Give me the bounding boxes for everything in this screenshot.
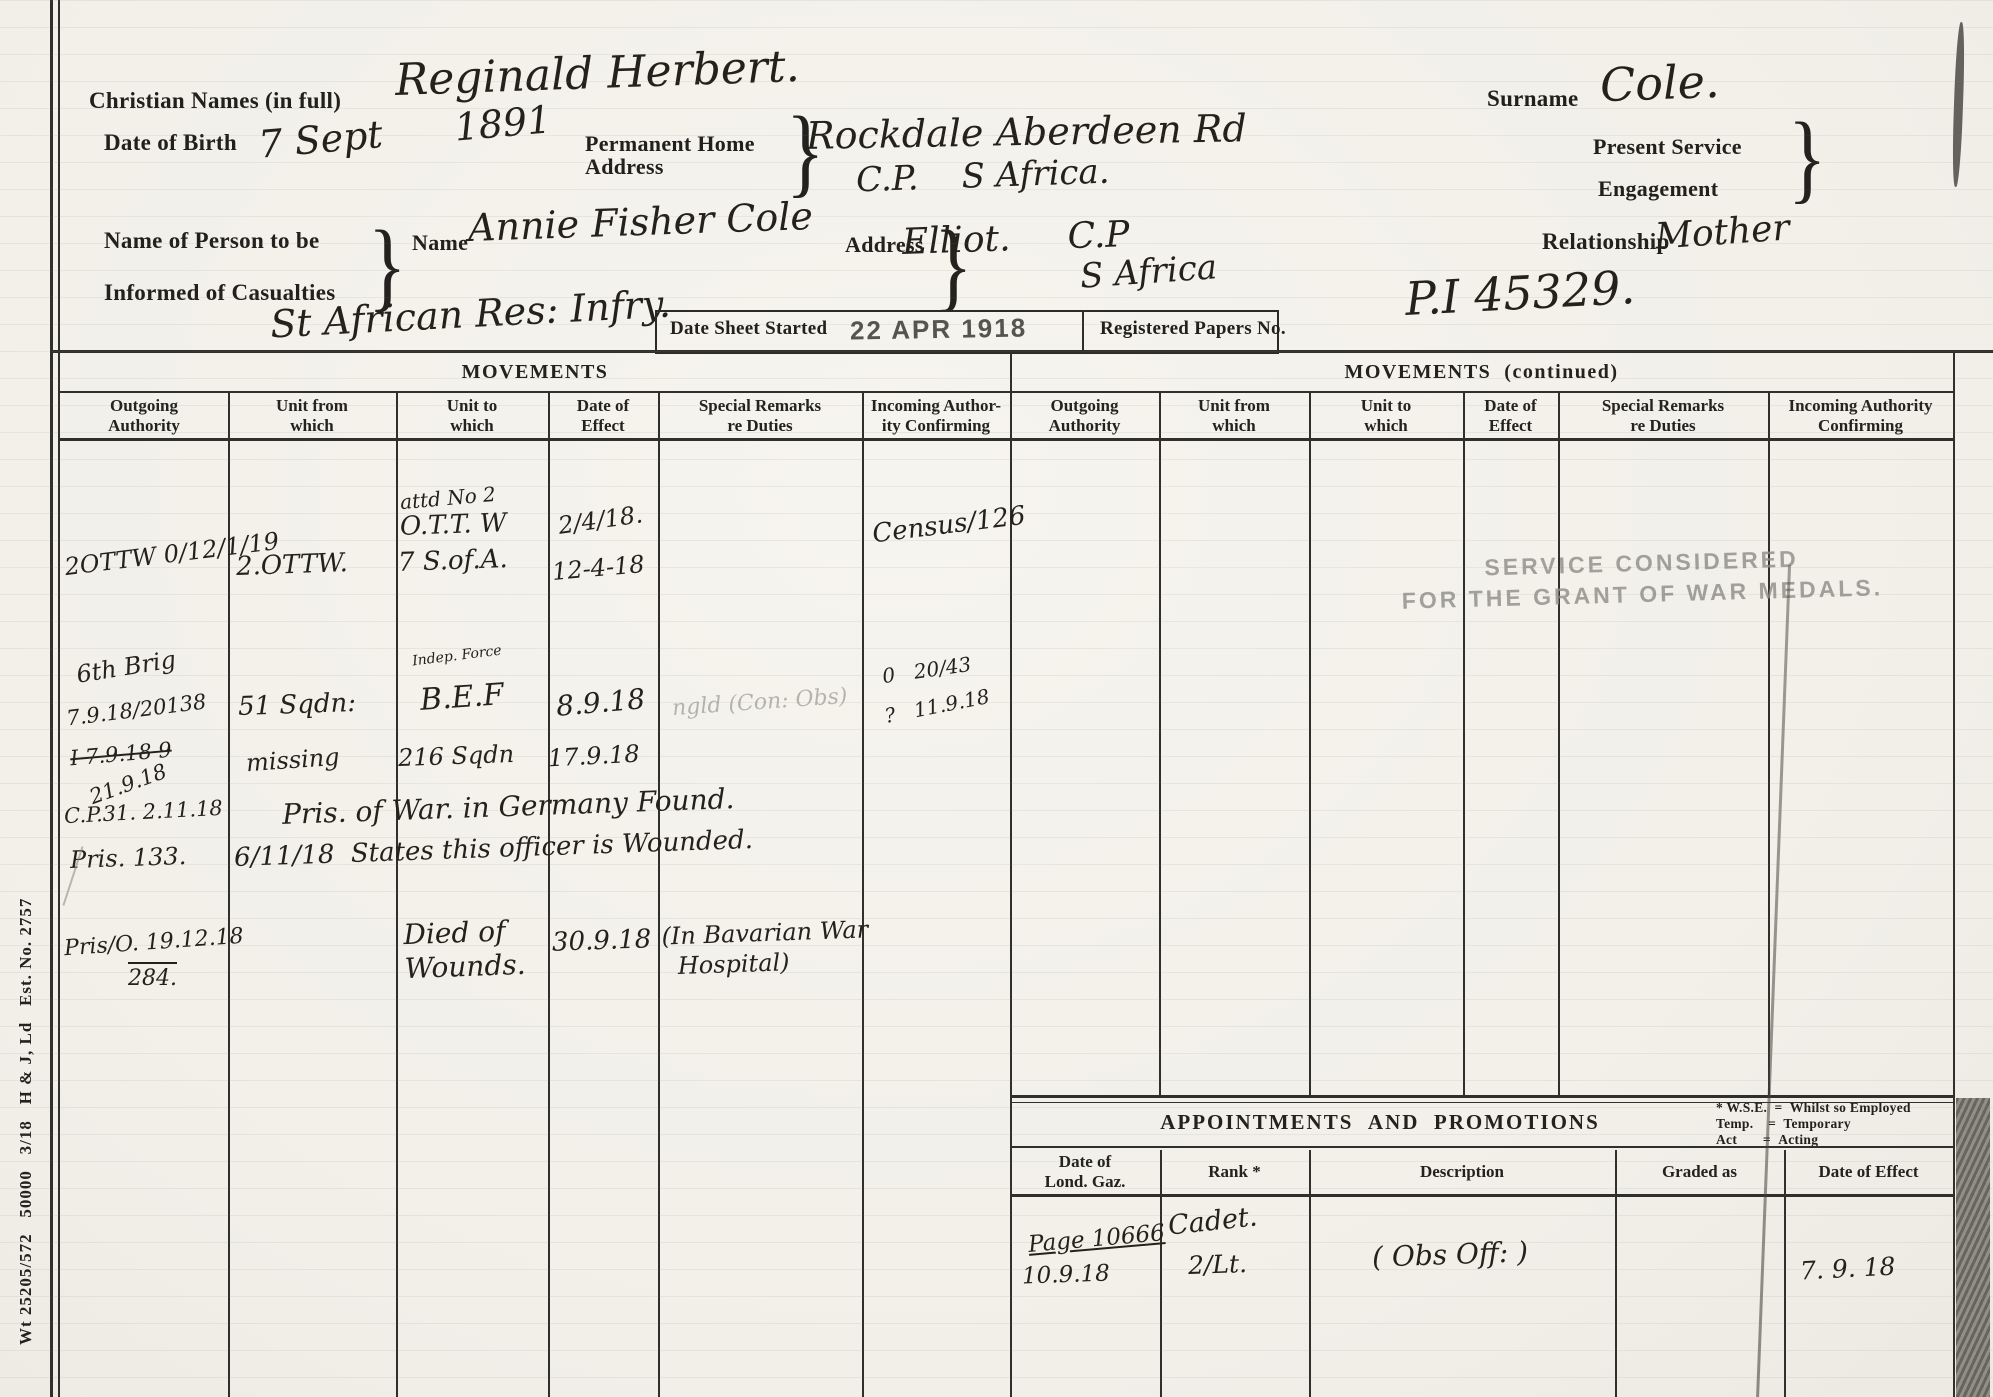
printers-margin-note: Wt 25205/572 50000 3/18 H & J, Ld Est. N… xyxy=(16,898,36,1345)
movements-title: MOVEMENTS xyxy=(60,361,1010,384)
col-header-special-remarks: Special Remarks re Duties xyxy=(658,396,862,436)
movement-entry: Pris/O. 19.12.18 xyxy=(63,924,244,961)
movement-entry: (In Bavarian War Hospital) xyxy=(661,914,870,981)
permanent-home-label-line2: Address xyxy=(585,154,664,180)
appointment-entry: Page 10666 xyxy=(1027,1220,1166,1258)
page-edge-shadow xyxy=(1956,1098,1990,1397)
col-header-special-remarks: Special Remarks re Duties xyxy=(1558,396,1768,436)
grid-line xyxy=(396,393,398,1397)
movement-note: Pris. of War. in Germany Found. xyxy=(282,782,735,831)
grid-line xyxy=(50,350,1993,353)
movement-entry: ? 11.9.18 xyxy=(883,684,992,728)
movement-entry: 30.9.18 xyxy=(552,924,652,957)
movement-entry: 17.9.18 xyxy=(547,740,640,773)
col-header-date-of-effect: Date of Effect xyxy=(548,396,658,436)
col-header-date-of-effect: Date of Effect xyxy=(1784,1162,1953,1182)
movement-entry: Indep. Force xyxy=(411,643,502,670)
col-header-outgoing-authority: Outgoing Authority xyxy=(60,396,228,436)
grid-line xyxy=(1159,393,1161,1098)
col-header-unit-from: Unit from which xyxy=(228,396,396,436)
casualties-label-line1: Name of Person to be xyxy=(104,228,320,254)
grid-line xyxy=(1010,1194,1955,1197)
col-header-unit-to: Unit to which xyxy=(1309,396,1463,436)
movement-entry: 2/4/18. xyxy=(556,500,644,540)
grid-line xyxy=(1463,393,1465,1098)
movement-entry: 8.9.18 xyxy=(555,682,647,723)
grid-line xyxy=(1615,1150,1617,1397)
movement-note: 6/11/18 States this officer is Wounded. xyxy=(234,825,754,873)
sheet-left-border-inner xyxy=(58,0,60,1397)
engagement-label: Engagement xyxy=(1598,176,1718,202)
grid-line xyxy=(1309,393,1311,1098)
nok-address-value-line2: S Africa xyxy=(1079,247,1219,296)
appointment-entry: 2/Lt. xyxy=(1188,1249,1248,1280)
grid-line xyxy=(1010,1095,1955,1098)
col-header-incoming-authority: Incoming Authority Confirming xyxy=(1768,396,1953,436)
movement-entry: 216 Sqdn xyxy=(398,740,515,772)
col-header-unit-to: Unit to which xyxy=(396,396,548,436)
col-header-description: Description xyxy=(1309,1162,1615,1182)
col-header-outgoing-authority: Outgoing Authority xyxy=(1010,396,1159,436)
date-of-birth-label: Date of Birth xyxy=(104,130,237,156)
movement-entry: Pris. 133. xyxy=(70,842,187,874)
christian-names-value: Reginald Herbert. xyxy=(394,41,800,106)
pi-number: P.I 45329. xyxy=(1404,260,1637,326)
present-service-brace: } xyxy=(1788,108,1826,208)
grid-line xyxy=(1558,393,1560,1098)
present-service-label: Present Service xyxy=(1593,134,1742,160)
grid-line xyxy=(862,393,864,1397)
date-sheet-started-stamp: 22 APR 1918 xyxy=(850,312,1028,346)
movement-entry: 7.9.18/20138 xyxy=(65,690,208,731)
appointments-legend: * W.S.E. = Whilst so Employed Temp. = Te… xyxy=(1716,1100,1911,1148)
grid-line xyxy=(1953,352,1955,1397)
movement-entry: 7 S.of.A. xyxy=(398,544,509,578)
appointment-entry: Cadet. xyxy=(1167,1201,1259,1241)
col-header-rank: Rank * xyxy=(1160,1162,1309,1182)
surname-label: Surname xyxy=(1487,86,1579,112)
grid-line xyxy=(1784,1150,1786,1397)
appointments-title: APPOINTMENTS AND PROMOTIONS xyxy=(1040,1110,1720,1135)
col-header-incoming-authority: Incoming Author- ity Confirming xyxy=(862,396,1010,436)
movement-entry: B.E.F xyxy=(419,677,505,718)
permanent-home-value-line1: Rockdale Aberdeen Rd xyxy=(806,106,1247,158)
movement-entry: 51 Sqdn: xyxy=(238,688,357,722)
movements-continued-title: MOVEMENTS (continued) xyxy=(1010,361,1953,384)
movement-entry: missing xyxy=(245,743,340,777)
grid-line xyxy=(548,393,550,1397)
date-sheet-box-divider xyxy=(1082,310,1084,352)
appointment-entry: ( Obs Off: ) xyxy=(1371,1235,1528,1273)
date-sheet-started-label: Date Sheet Started xyxy=(670,318,827,340)
movement-entry: Died of Wounds. xyxy=(403,914,526,986)
movement-entry: O.T.T. W xyxy=(400,508,508,542)
nok-name-value: Annie Fisher Cole xyxy=(467,194,813,250)
grid-line xyxy=(1160,1150,1162,1397)
grid-line xyxy=(60,438,1953,441)
page-edge-mark xyxy=(1951,22,1966,187)
col-header-graded-as: Graded as xyxy=(1615,1162,1784,1182)
movement-entry: 6th Brig xyxy=(74,645,177,688)
appointment-entry: 10.9.18 xyxy=(1022,1260,1111,1289)
relationship-label: Relationship xyxy=(1542,229,1670,255)
col-header-date-lond-gaz: Date of Lond. Gaz. xyxy=(1010,1152,1160,1192)
relationship-value: Mother xyxy=(1654,207,1791,257)
movement-entry: 2.OTTW. xyxy=(236,548,349,582)
christian-names-label: Christian Names (in full) xyxy=(89,88,341,114)
grid-line xyxy=(1768,393,1770,1098)
movement-entry: C.P.31. 2.11.18 xyxy=(63,796,223,828)
movement-entry: 12-4-18 xyxy=(551,550,646,586)
col-header-unit-from: Unit from which xyxy=(1159,396,1309,436)
permanent-home-value-line2: C.P. S Africa. xyxy=(855,152,1110,201)
surname-value: Cole. xyxy=(1599,54,1720,112)
grid-line xyxy=(658,393,660,1397)
grid-line xyxy=(1309,1150,1311,1397)
grid-line xyxy=(1010,1146,1955,1148)
movement-entry: 284. xyxy=(128,962,177,991)
grid-line xyxy=(60,391,1953,393)
service-record-sheet: Wt 25205/572 50000 3/18 H & J, Ld Est. N… xyxy=(0,0,1993,1397)
movement-entry-faint: ngld (Con: Obs) xyxy=(671,684,848,721)
movement-entry: Census/126 xyxy=(871,501,1027,550)
nok-name-label: Name xyxy=(412,230,468,256)
sheet-left-border-outer xyxy=(50,0,53,1397)
appointment-entry: 7. 9. 18 xyxy=(1799,1252,1896,1286)
war-medals-stamp: SERVICE CONSIDERED FOR THE GRANT OF WAR … xyxy=(1391,541,1893,617)
registered-papers-label: Registered Papers No. xyxy=(1100,318,1286,340)
col-header-date-of-effect: Date of Effect xyxy=(1463,396,1558,436)
movement-entry: 0 20/43 xyxy=(881,652,973,688)
